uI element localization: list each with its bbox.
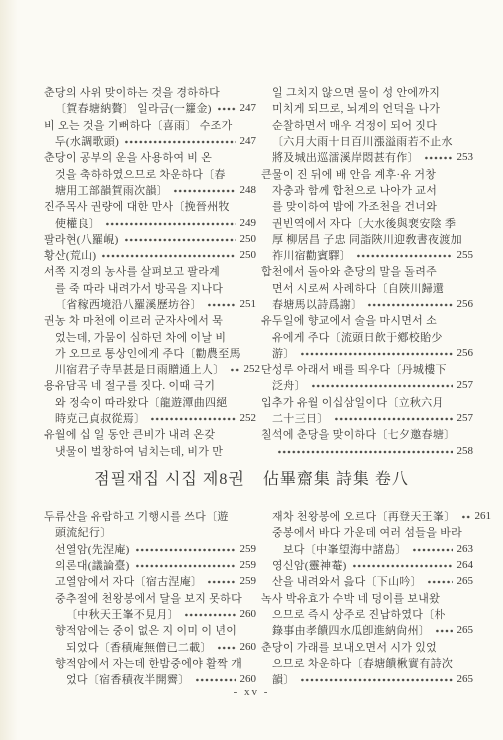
- dot-leader: [101, 254, 235, 258]
- toc-line: 韻〕265: [261, 671, 473, 687]
- toc-line: 고열암에서 자다〔宿古涅庵〕259: [44, 573, 256, 589]
- toc-line: 頭流紀行〕: [44, 524, 256, 540]
- toc-line-text: 것을 축하하였으므로 차운하다〔春: [55, 166, 226, 182]
- page-number: 256: [457, 298, 474, 310]
- page-number: 252: [240, 412, 257, 424]
- page-number: 260: [240, 673, 257, 685]
- toc-line-text: 와 정숙이 따라왔다〔龍遊潭曲四絕: [55, 394, 228, 410]
- dot-leader: [124, 140, 235, 144]
- dot-leader: [207, 303, 236, 307]
- toc-line-text: 냇물이 벌창하여 넘치는데, 비가 만: [55, 443, 223, 459]
- toc-line-text: 입추가 유월 이십삼일이다〔立秋六月: [261, 394, 444, 410]
- dot-leader: [135, 564, 236, 568]
- toc-line-text: 었는데, 가뭄이 심하던 차에 이날 비: [55, 329, 226, 345]
- toc-line: 되었다〔香積庵無僧已二載〕260: [44, 638, 256, 654]
- section-title: 점필재집 시집 제8권佔畢齋集 詩集 卷八: [0, 466, 503, 489]
- toc-line: 〔中秋天王峯不見月〕260: [44, 606, 256, 622]
- toc-line: 〔賀春塘納贅〕 일라금(一籮金)247: [44, 100, 256, 116]
- toc-line-text: 韻〕: [272, 671, 295, 687]
- toc-line: 일 그치지 않으면 물이 성 안에까지: [261, 84, 473, 100]
- toc-line-text: 춘당이 공부의 운을 사용하여 비 온: [44, 149, 212, 165]
- page-number: 249: [240, 217, 257, 229]
- toc-line-text: 었다〔宿香積夜半開霽〕: [66, 671, 190, 687]
- toc-line-text: 선열암(先涅庵): [55, 541, 130, 557]
- toc-line: 游〕256: [261, 345, 473, 361]
- toc-line-text: 塘用工部韻賀雨次韻〕: [55, 182, 168, 198]
- toc-line-text: 면서 시로써 사례하다〔自陜川歸還: [272, 280, 444, 296]
- toc-line-text: 의론대(議論臺): [55, 557, 130, 573]
- page-number: 250: [240, 249, 257, 261]
- toc-line-text: 으므로 즉시 상주로 진납하였다〔朴: [272, 606, 446, 622]
- toc-line-text: 祚川宿勸賓驛〕: [272, 247, 351, 263]
- toc-line: 유월에 십 일 동안 큰비가 내려 온갖: [44, 426, 256, 442]
- toc-line: 를 맞이하여 밤에 가조천을 건너와: [261, 198, 473, 214]
- footer-page-number: - xv -: [0, 686, 503, 698]
- toc-line: 厚 柳居昌 子忠 同詣陜川迎敎書夜渡加: [261, 231, 473, 247]
- page-number: 247: [240, 135, 257, 147]
- toc-line-text: 순찰하면서 매우 걱정이 되어 짓다: [272, 117, 437, 133]
- dot-leader: [435, 629, 452, 633]
- dot-leader: [105, 222, 235, 226]
- toc-line: 서쪽 지경의 농사를 살펴보고 팔라계: [44, 263, 256, 279]
- page-number: 265: [457, 624, 474, 636]
- toc-line: 錄事由孝饋四水瓜卽進納尙州〕265: [261, 622, 473, 638]
- toc-line-text: 향적암에는 중이 없은 지 이미 이 년이: [55, 622, 237, 638]
- toc-line-text: 將及城出巡㵢溪岸悶甚有作〕: [272, 149, 419, 165]
- toc-line: 〔省稼西境沿八羅溪歷坊谷〕251: [44, 296, 256, 312]
- toc-line: 냇물이 벌창하여 넘치는데, 비가 만: [44, 443, 256, 459]
- toc-line-text: 용유담곡 네 절구를 짓다. 이때 극기: [44, 377, 215, 393]
- toc-line: 큰물이 진 뒤에 배 안음 계후·유 거창: [261, 165, 473, 181]
- toc-line: 使權良〕249: [44, 214, 256, 230]
- toc-line: 춘당이 공부의 운을 사용하여 비 온: [44, 149, 256, 165]
- toc-line: 춘당이 가래를 보내오면서 시가 있었: [261, 638, 473, 654]
- dot-leader: [150, 417, 235, 421]
- page-number: 248: [240, 184, 257, 196]
- toc-line-text: 를 맞이하여 밤에 가조천을 건너와: [272, 198, 437, 214]
- toc-line: 泛舟〕257: [261, 377, 473, 393]
- dot-leader: [195, 678, 236, 682]
- toc-line: 春塘馬以詩爲謝〕256: [261, 296, 473, 312]
- toc-line-text: 자충과 함께 합천으로 나아가 교서: [272, 182, 437, 198]
- toc-line: 으므로 즉시 상주로 진납하였다〔朴: [261, 606, 473, 622]
- page-number: 252: [244, 363, 261, 375]
- toc-line-text: 합천에서 돌아와 춘당의 말을 돌려주: [261, 263, 437, 279]
- page-number: 258: [457, 445, 474, 457]
- page-number: 255: [457, 249, 474, 261]
- toc-line-text: 春塘馬以詩爲謝〕: [272, 296, 362, 312]
- page-number: 259: [240, 559, 257, 571]
- page-number: 261: [475, 510, 492, 522]
- toc-line: 향적암에서 자는데 한밤중에야 활짝 개: [44, 655, 256, 671]
- toc-line-text: 재차 천왕봉에 오르다〔再登天王峯〕: [272, 508, 456, 524]
- toc-line: 두(水調歌頭)247: [44, 133, 256, 149]
- toc-line: 보다〔中峯望海中諸島〕263: [261, 541, 473, 557]
- toc-line-text: 서쪽 지경의 농사를 살펴보고 팔라계: [44, 263, 220, 279]
- toc-line-text: 일 그치지 않으면 물이 성 안에까지: [272, 84, 440, 100]
- toc-line: 중추절에 천왕봉에서 달을 보지 못하다: [44, 589, 256, 605]
- page-number: 257: [457, 412, 474, 424]
- toc-column-bottom-left: 두류산을 유람하고 기행시를 쓰다〔遊頭流紀行〕선열암(先涅庵)259의론대(議…: [44, 508, 256, 687]
- toc-line: 입추가 유월 이십삼일이다〔立秋六月: [261, 394, 473, 410]
- toc-line: 비 오는 것을 기뻐하다〔喜雨〕 수조가: [44, 117, 256, 133]
- toc-line-text: 〔六月大雨十日百川漲溢雨若不止水: [272, 133, 453, 149]
- toc-line: 춘당의 사위 맞이하는 것을 경하하다: [44, 84, 256, 100]
- toc-line-text: 으므로 차운하다〔春塘饋楸實有詩次: [272, 655, 453, 671]
- toc-column-top-right: 일 그치지 않으면 물이 성 안에까지미치게 되므로, 뇌계의 언덕을 나가순찰…: [261, 84, 473, 459]
- toc-line-text: 頭流紀行〕: [55, 524, 112, 540]
- toc-line-text: 유월에 십 일 동안 큰비가 내려 온갖: [44, 426, 215, 442]
- toc-line-text: 泛舟〕: [272, 377, 306, 393]
- toc-line-text: 時克己貞叔從焉〕: [55, 410, 145, 426]
- toc-line-text: 두류산을 유람하고 기행시를 쓰다〔遊: [44, 508, 229, 524]
- toc-line: 將及城出巡㵢溪岸悶甚有作〕253: [261, 149, 473, 165]
- page-number: 253: [457, 151, 474, 163]
- toc-line: 권농 차 마천에 이르러 군자사에서 묵: [44, 312, 256, 328]
- page-number: 257: [457, 379, 474, 391]
- toc-line-text: 중봉에서 바다 가운데 여러 섬들을 바라: [272, 524, 462, 540]
- toc-line: 유두일에 향교에서 술을 마시면서 소: [261, 312, 473, 328]
- page-number: 260: [240, 608, 257, 620]
- dot-leader: [135, 548, 236, 552]
- toc-line: 권빈역에서 자다〔大水後與裵安陰 季: [261, 214, 473, 230]
- toc-line: 면서 시로써 사례하다〔自陜川歸還: [261, 280, 473, 296]
- dot-leader: [300, 352, 453, 356]
- dot-leader: [461, 515, 471, 519]
- toc-line-text: 비 오는 것을 기뻐하다〔喜雨〕 수조가: [44, 117, 233, 133]
- dot-leader: [230, 368, 240, 372]
- toc-line-text: 〔賀春塘納贅〕 일라금(一籮金): [55, 100, 212, 116]
- toc-line-text: 팔라현(八羅峴): [44, 231, 119, 247]
- toc-line-text: 유두일에 향교에서 술을 마시면서 소: [261, 312, 437, 328]
- toc-line-text: 厚 柳居昌 子忠 同詣陜川迎敎書夜渡加: [272, 231, 462, 247]
- toc-line: 용유담곡 네 절구를 짓다. 이때 극기: [44, 377, 256, 393]
- dot-leader: [424, 156, 453, 160]
- section-title-korean: 점필재집 시집 제8권: [94, 471, 245, 488]
- toc-line-text: 춘당이 가래를 보내오면서 시가 있었: [261, 639, 437, 655]
- toc-line-text: 춘당의 사위 맞이하는 것을 경하하다: [44, 84, 220, 100]
- section-title-hanja: 佔畢齋集 詩集 卷八: [263, 471, 409, 488]
- toc-line: 二十三日〕257: [261, 410, 473, 426]
- toc-line-text: 영신암(靈神菴): [272, 557, 347, 573]
- toc-line: 중봉에서 바다 가운데 여러 섬들을 바라: [261, 524, 473, 540]
- toc-line-text: 중추절에 천왕봉에서 달을 보지 못하다: [55, 590, 242, 606]
- toc-line: 영신암(靈神菴)264: [261, 557, 473, 573]
- toc-column-bottom-right: 재차 천왕봉에 오르다〔再登天王峯〕261중봉에서 바다 가운데 여러 섬들을 …: [261, 508, 473, 687]
- page-number: 259: [240, 575, 257, 587]
- toc-line-text: 녹사 박유효가 수박 네 덩이를 보내왔: [261, 590, 440, 606]
- page-number: 247: [240, 102, 257, 114]
- toc-line: 塘用工部韻賀雨次韻〕248: [44, 182, 256, 198]
- dot-leader: [124, 238, 236, 242]
- toc-line-text: 큰물이 진 뒤에 배 안음 계후·유 거창: [261, 166, 436, 182]
- toc-line-text: 를 죽 따라 내려가서 방곡을 지나다: [55, 280, 223, 296]
- toc-line: 었다〔宿香積夜半開霽〕260: [44, 671, 256, 687]
- toc-line-text: 川宿君子寺旱甚是日雨贈通上人〕: [55, 361, 225, 377]
- toc-line-text: 단성루 아래서 배를 띄우다〔丹城樓下: [261, 361, 447, 377]
- toc-line: 두류산을 유람하고 기행시를 쓰다〔遊: [44, 508, 256, 524]
- toc-line-text: 고열암에서 자다〔宿古涅庵〕: [55, 573, 202, 589]
- scanned-book-page: 춘당의 사위 맞이하는 것을 경하하다〔賀春塘納贅〕 일라금(一籮金)247비 …: [0, 0, 503, 740]
- toc-line: 합천에서 돌아와 춘당의 말을 돌려주: [261, 263, 473, 279]
- page-number: 250: [240, 233, 257, 245]
- toc-line: 향적암에는 중이 없은 지 이미 이 년이: [44, 622, 256, 638]
- dot-leader: [217, 107, 236, 111]
- toc-line: 녹사 박유효가 수박 네 덩이를 보내왔: [261, 589, 473, 605]
- toc-line-text: 보다〔中峯望海中諸島〕: [283, 541, 407, 557]
- toc-line: 미치게 되므로, 뇌계의 언덕을 나가: [261, 100, 473, 116]
- toc-line: 재차 천왕봉에 오르다〔再登天王峯〕261: [261, 508, 473, 524]
- dot-leader: [311, 384, 453, 388]
- toc-line-text: 산을 내려와서 읊다〔下山吟〕: [272, 573, 422, 589]
- page-number: 256: [457, 347, 474, 359]
- toc-line: 時克己貞叔從焉〕252: [44, 410, 256, 426]
- toc-line: 가 오므로 통상인에게 주다〔勸農至馬: [44, 345, 256, 361]
- page-number: 264: [457, 559, 474, 571]
- toc-line: 를 죽 따라 내려가서 방곡을 지나다: [44, 280, 256, 296]
- dot-leader: [207, 580, 235, 584]
- toc-line: 선열암(先涅庵)259: [44, 541, 256, 557]
- toc-line-text: 使權良〕: [55, 215, 100, 231]
- toc-line: 자충과 함께 합천으로 나아가 교서: [261, 182, 473, 198]
- toc-line-text: 칠석에 춘당을 맞이하다〔七夕邀春塘〕: [261, 426, 455, 442]
- dot-leader: [217, 646, 236, 650]
- page-number: 259: [240, 543, 257, 555]
- page-number: 263: [457, 543, 474, 555]
- dot-leader: [356, 254, 452, 258]
- toc-line: 산을 내려와서 읊다〔下山吟〕265: [261, 573, 473, 589]
- toc-line: 〔六月大雨十日百川漲溢雨若不止水: [261, 133, 473, 149]
- toc-line-text: 가 오므로 통상인에게 주다〔勸農至馬: [55, 345, 241, 361]
- toc-line: 진주목사 권량에 대한 만사〔挽晉州牧: [44, 198, 256, 214]
- toc-line: 유에게 주다〔流頭日飮于鄕校貽少: [261, 328, 473, 344]
- toc-line-text: 錄事由孝饋四水瓜卽進納尙州〕: [272, 622, 430, 638]
- toc-line-text: 권농 차 마천에 이르러 군자사에서 묵: [44, 312, 223, 328]
- toc-line: 순찰하면서 매우 걱정이 되어 짓다: [261, 117, 473, 133]
- toc-line: 와 정숙이 따라왔다〔龍遊潭曲四絕: [44, 394, 256, 410]
- toc-line-text: 황산(荒山): [44, 247, 96, 263]
- page-number: 251: [240, 298, 257, 310]
- toc-line: 의론대(議論臺)259: [44, 557, 256, 573]
- toc-line-text: 미치게 되므로, 뇌계의 언덕을 나가: [272, 100, 440, 116]
- toc-line-text: 〔中秋天王峯不見月〕: [66, 606, 179, 622]
- toc-line: 었는데, 가뭄이 심하던 차에 이날 비: [44, 328, 256, 344]
- toc-line-text: 두(水調歌頭): [55, 133, 119, 149]
- page-number: 260: [240, 641, 257, 653]
- dot-leader: [300, 678, 453, 682]
- dot-leader: [412, 548, 453, 552]
- toc-line: 황산(荒山)250: [44, 247, 256, 263]
- toc-line-text: 游〕: [272, 345, 295, 361]
- dot-leader: [352, 564, 453, 568]
- page-number: 265: [457, 575, 474, 587]
- toc-line: 258: [261, 443, 473, 459]
- toc-line: 팔라현(八羅峴)250: [44, 231, 256, 247]
- toc-line: 칠석에 춘당을 맞이하다〔七夕邀春塘〕: [261, 426, 473, 442]
- toc-line-text: 〔省稼西境沿八羅溪歷坊谷〕: [55, 296, 202, 312]
- toc-column-top-left: 춘당의 사위 맞이하는 것을 경하하다〔賀春塘納贅〕 일라금(一籮金)247비 …: [44, 84, 256, 459]
- dot-leader: [334, 417, 453, 421]
- dot-leader: [173, 189, 236, 193]
- page-number: 265: [457, 673, 474, 685]
- toc-line-text: 권빈역에서 자다〔大水後與裵安陰 季: [272, 215, 456, 231]
- toc-line-text: 유에게 주다〔流頭日飮于鄕校貽少: [272, 329, 443, 345]
- dot-leader: [427, 580, 452, 584]
- toc-line-text: 향적암에서 자는데 한밤중에야 활짝 개: [55, 655, 242, 671]
- toc-line: 단성루 아래서 배를 띄우다〔丹城樓下: [261, 361, 473, 377]
- dot-leader: [367, 303, 452, 307]
- toc-line: 祚川宿勸賓驛〕255: [261, 247, 473, 263]
- toc-line-text: 진주목사 권량에 대한 만사〔挽晉州牧: [44, 198, 230, 214]
- toc-line-text: 되었다〔香積庵無僧已二載〕: [66, 639, 212, 655]
- toc-line: 川宿君子寺旱甚是日雨贈通上人〕252: [44, 361, 256, 377]
- toc-line: 으므로 차운하다〔春塘饋楸實有詩次: [261, 655, 473, 671]
- dot-leader: [184, 613, 236, 617]
- dot-leader: [277, 450, 453, 454]
- toc-line: 것을 축하하였으므로 차운하다〔春: [44, 165, 256, 181]
- toc-line-text: 二十三日〕: [272, 410, 329, 426]
